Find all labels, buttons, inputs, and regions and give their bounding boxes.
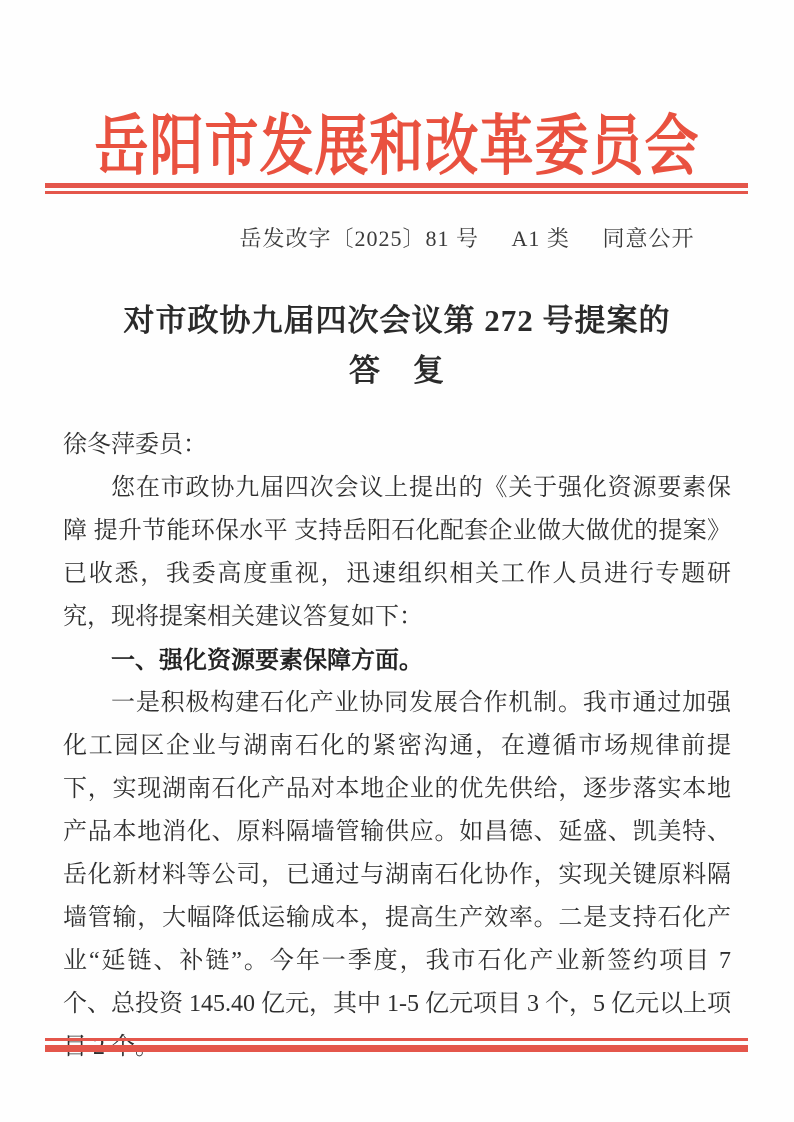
doc-body: 徐冬萍委员： 您在市政协九届四次会议上提出的《关于强化资源要素保障 提升节能环保… (63, 424, 731, 1069)
doc-disclosure-status: 同意公开 (602, 222, 694, 253)
footer-divider-rule (45, 1038, 748, 1052)
letterhead-rule-thin-bar (45, 191, 748, 194)
doc-meta-line: 岳发改字〔2025〕81 号 A1 类 同意公开 (0, 222, 794, 253)
doc-title: 对市政协九届四次会议第 272 号提案的 答 复 (63, 296, 731, 396)
footer-rule-thick-bar (45, 1045, 748, 1052)
document-page: 岳阳市发展和改革委员会 岳发改字〔2025〕81 号 A1 类 同意公开 对市政… (0, 0, 794, 1122)
letterhead-agency-name: 岳阳市发展和改革委员会 (0, 94, 794, 188)
salutation: 徐冬萍委员： (63, 424, 731, 467)
doc-meta-group: 岳发改字〔2025〕81 号 A1 类 同意公开 (240, 222, 695, 253)
doc-title-line1: 对市政协九届四次会议第 272 号提案的 (63, 296, 731, 346)
letterhead-divider-rule (45, 183, 748, 194)
doc-number: 岳发改字〔2025〕81 号 (240, 222, 480, 253)
section1-heading: 一、强化资源要素保障方面。 (63, 639, 731, 682)
doc-title-line2: 答 复 (63, 346, 731, 396)
section1-paragraph: 一是积极构建石化产业协同发展合作机制。我市通过加强化工园区企业与湖南石化的紧密沟… (63, 682, 731, 1069)
intro-paragraph: 您在市政协九届四次会议上提出的《关于强化资源要素保障 提升节能环保水平 支持岳阳… (63, 467, 731, 639)
doc-category: A1 类 (512, 222, 570, 253)
